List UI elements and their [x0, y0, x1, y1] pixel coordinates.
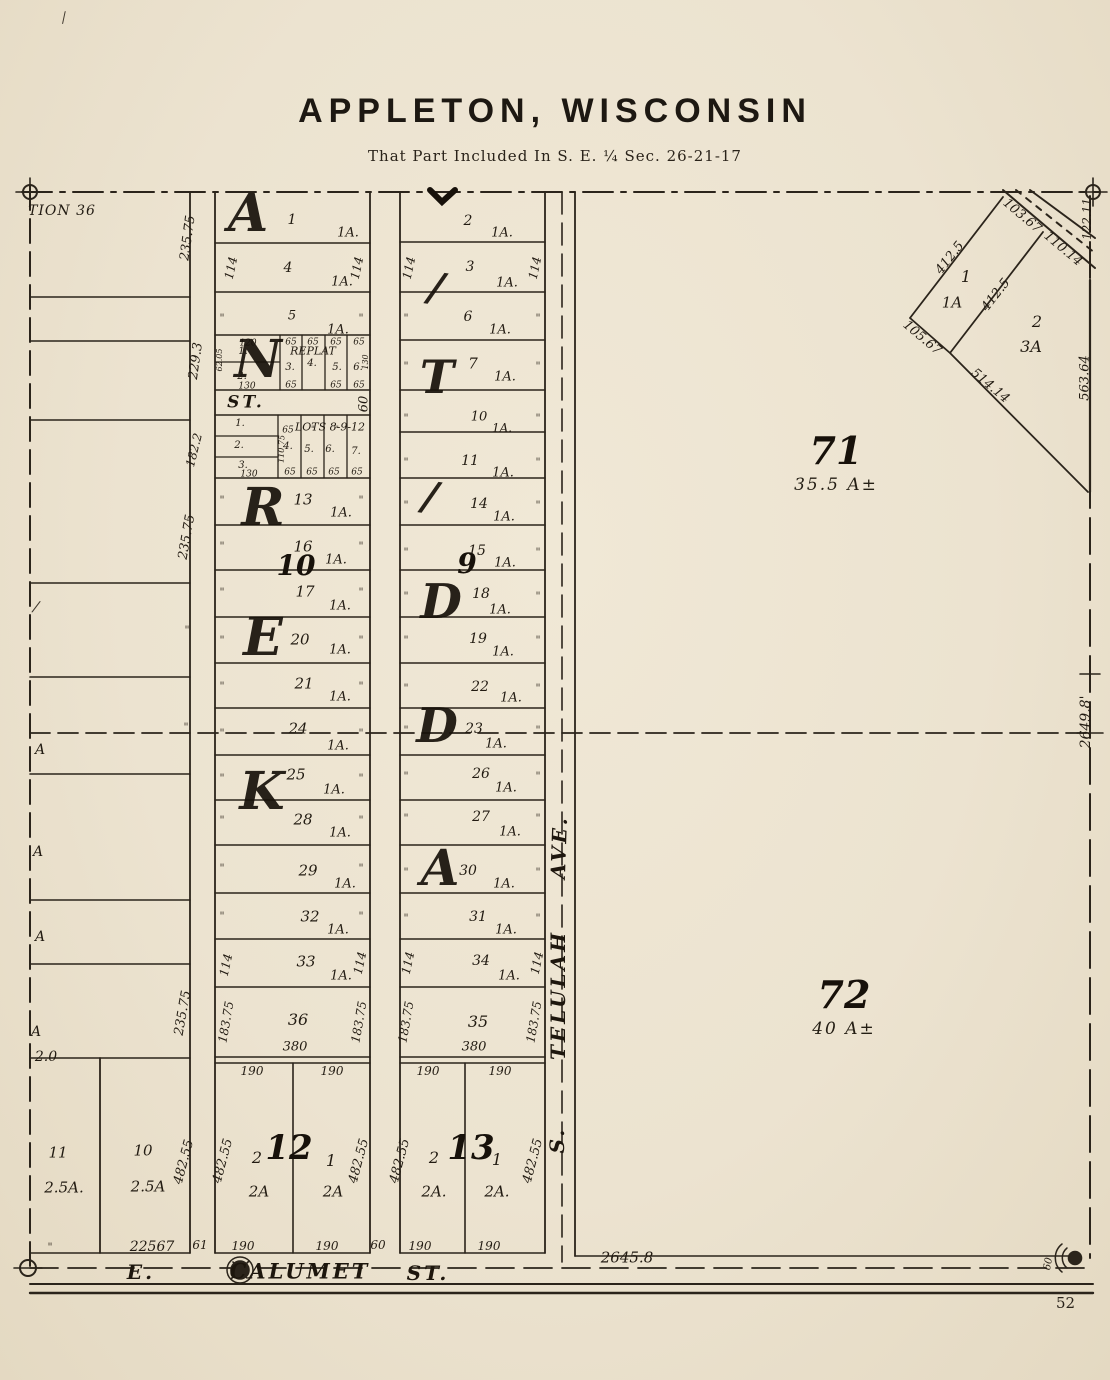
big-letter: N	[234, 334, 282, 386]
map-label: 1A.	[492, 467, 514, 480]
map-label: 1A.	[334, 878, 356, 891]
big-letter: A	[228, 188, 268, 240]
map-label: 60	[358, 396, 371, 413]
parcel-72-number: 72	[779, 972, 909, 1017]
map-label: 1A.	[489, 324, 511, 337]
map-label: 1	[288, 213, 297, 227]
ditto-mark: "	[535, 591, 540, 602]
map-label: 11	[48, 1146, 67, 1161]
map-label: 1A.	[494, 371, 516, 384]
ditto-mark: "	[535, 361, 540, 372]
map-label: 2A	[323, 1185, 343, 1200]
mark: "	[311, 427, 315, 436]
map-label: 10	[471, 411, 488, 424]
map-label: 5	[288, 310, 296, 323]
map-label: 1A.	[496, 277, 518, 290]
map-label: 28	[293, 813, 312, 828]
ditto-mark: "	[535, 867, 540, 878]
mark: "	[47, 1242, 52, 1253]
map-label: 1A.	[494, 557, 516, 570]
street-label: AVE.	[548, 815, 570, 879]
ditto-mark: "	[403, 361, 408, 372]
ditto-mark: "	[403, 413, 408, 424]
ditto-mark: "	[403, 867, 408, 878]
map-label: 21	[294, 677, 313, 692]
map-label: 65	[353, 339, 364, 348]
ditto-mark: "	[358, 681, 363, 692]
map-label: 1A.	[492, 646, 514, 659]
street-label: CALUMET	[230, 1261, 371, 1282]
map-label: 4	[284, 261, 293, 275]
ditto-mark: "	[358, 728, 363, 739]
map-label: 65	[353, 382, 364, 391]
map-label: 1A.	[500, 692, 522, 705]
map-label: 13	[293, 493, 312, 508]
map-label: 35	[468, 1014, 488, 1030]
ditto-mark: "	[535, 913, 540, 924]
block-number: 12	[265, 1131, 312, 1165]
section-label: TION 36	[28, 204, 96, 218]
ditto-mark: "	[535, 725, 540, 736]
big-letter: D	[420, 578, 462, 626]
map-label: 2	[252, 1150, 262, 1166]
ditto-mark: "	[403, 591, 408, 602]
map-label: 1A.	[489, 604, 511, 617]
parcel-71-area: 35.5 A±	[771, 475, 901, 495]
big-letter: E	[243, 612, 283, 664]
map-label: 32	[300, 910, 319, 925]
mark: "	[183, 722, 188, 733]
map-label: 1A.	[329, 691, 351, 704]
street-label: ST.	[227, 395, 265, 412]
ditto-mark: "	[358, 815, 363, 826]
map-label: 22567	[130, 1240, 175, 1254]
map-label: 1A.	[495, 782, 517, 795]
map-label: 5.	[304, 445, 314, 455]
map-label: 380	[283, 1041, 308, 1054]
map-label: 122.11	[1081, 198, 1093, 240]
map-label: 14	[470, 497, 488, 511]
map-label: 1A.	[327, 324, 349, 337]
ditto-mark: "	[403, 500, 408, 511]
ditto-mark: "	[219, 313, 224, 324]
ditto-mark: "	[535, 813, 540, 824]
map-label: 2.	[234, 441, 244, 451]
map-label: 1A.	[493, 511, 515, 524]
ditto-mark: "	[535, 771, 540, 782]
map-label: 1A.	[325, 554, 347, 567]
map-label: 29	[298, 864, 317, 879]
map-label: 1A.	[337, 227, 359, 240]
map-label: A	[33, 845, 43, 859]
map-label: 33	[296, 955, 315, 970]
map-label: 2	[1032, 314, 1042, 330]
street-label: S.	[547, 1127, 567, 1154]
big-letter: K	[239, 766, 284, 818]
ditto-mark: "	[219, 863, 224, 874]
ditto-mark: "	[358, 635, 363, 646]
map-label: 61	[192, 1239, 207, 1251]
ditto-mark: "	[358, 313, 363, 324]
map-label: 1A.	[499, 826, 521, 839]
map-label: 7.	[351, 447, 361, 457]
map-label: 65	[285, 339, 296, 348]
map-label: 6	[464, 310, 473, 324]
map-label: 1A	[942, 296, 962, 311]
map-label: 3.	[285, 363, 295, 373]
map-label: 1A.	[329, 644, 351, 657]
map-label: 1A.	[327, 924, 349, 937]
map-label: 3	[466, 260, 475, 274]
map-label: 6.	[325, 445, 335, 455]
map-label: 190	[409, 1240, 432, 1252]
big-letter: D	[416, 702, 458, 750]
map-label: 65	[307, 339, 318, 348]
ditto-mark: "	[403, 771, 408, 782]
block-number: 13	[447, 1131, 494, 1165]
parcel-72: 72 40 A±	[779, 972, 909, 1039]
map-label: 190	[241, 1065, 264, 1077]
ditto-mark: "	[219, 681, 224, 692]
map-label: LOTS 8-9-12	[295, 422, 365, 433]
map-label: 30	[459, 864, 477, 878]
ditto-mark: "	[219, 815, 224, 826]
plat-map-page: APPLETON, WISCONSIN That Part Included I…	[0, 0, 1110, 1380]
ditto-mark: "	[219, 495, 224, 506]
map-label: 1	[961, 269, 971, 285]
map-label: 190	[232, 1240, 255, 1252]
map-label: 1A.	[330, 970, 352, 983]
ditto-mark: "	[403, 547, 408, 558]
ditto-mark: "	[219, 587, 224, 598]
map-label: 2645.8	[601, 1251, 654, 1266]
map-label: 60	[370, 1239, 385, 1251]
map-label: 190	[489, 1065, 512, 1077]
map-label: A	[31, 1025, 41, 1039]
ditto-mark: "	[358, 911, 363, 922]
map-label: 19	[469, 632, 487, 646]
map-label: 17	[295, 585, 314, 600]
ditto-mark: "	[403, 813, 408, 824]
map-label: 65	[284, 469, 295, 478]
map-label: 10	[133, 1144, 152, 1159]
map-label: 26	[472, 767, 490, 781]
big-letter: T	[420, 354, 454, 400]
ditto-mark: "	[535, 635, 540, 646]
ditto-mark: "	[358, 587, 363, 598]
map-label: 65	[351, 469, 362, 478]
map-label: 380	[462, 1041, 487, 1054]
map-label: 563.64	[1079, 355, 1092, 401]
map-label: 2	[429, 1150, 439, 1166]
map-label: 11	[461, 454, 479, 468]
map-label: 1A.	[485, 738, 507, 751]
map-label: 1.	[235, 419, 245, 429]
map-label: 110.75	[278, 435, 287, 463]
parcel-71-number: 71	[771, 428, 901, 473]
map-label: 31	[469, 910, 487, 924]
ditto-mark: "	[403, 725, 408, 736]
map-label: 190	[478, 1240, 501, 1252]
map-label: 22	[471, 680, 489, 694]
map-label: 1A.	[495, 924, 517, 937]
map-label: 2649.8'	[1079, 696, 1093, 749]
map-label: 1A.	[327, 740, 349, 753]
map-label: 1A.	[329, 600, 351, 613]
map-label: 34	[472, 954, 490, 968]
parcel-71: 71 35.5 A±	[771, 428, 901, 495]
map-label: 1A.	[323, 784, 345, 797]
map-label: A	[35, 930, 45, 944]
ditto-mark: "	[403, 683, 408, 694]
street-label: TELULAH	[548, 930, 568, 1060]
map-label: 5.	[332, 363, 342, 373]
map-label: 65	[330, 382, 341, 391]
map-label: 190	[417, 1065, 440, 1077]
ditto-mark: "	[403, 457, 408, 468]
map-label: 1A.	[329, 827, 351, 840]
map-label: 1A.	[491, 227, 513, 240]
map-label: 190	[316, 1240, 339, 1252]
map-label: 24	[288, 722, 307, 737]
map-label: 190	[321, 1065, 344, 1077]
map-label: 62.05	[216, 349, 224, 372]
street-label: ST.	[407, 1263, 450, 1283]
ditto-mark: "	[358, 541, 363, 552]
map-label: 3A	[1020, 339, 1042, 355]
ditto-mark: "	[535, 547, 540, 558]
map-label: 7	[468, 357, 478, 372]
ditto-mark: "	[403, 913, 408, 924]
map-label: 2.5A.	[44, 1181, 83, 1196]
map-label: 18	[472, 587, 490, 601]
ditto-mark: "	[535, 457, 540, 468]
big-letter: R	[241, 482, 284, 534]
ditto-mark: "	[219, 635, 224, 646]
map-label: 2A	[249, 1185, 269, 1200]
mark: "	[184, 625, 189, 636]
map-label: 1	[326, 1153, 336, 1169]
street-label: E.	[127, 1262, 155, 1282]
map-label: 65	[328, 469, 339, 478]
map-label: 2.0	[35, 1050, 57, 1064]
map-label: 65	[285, 382, 296, 391]
map-label: 65	[306, 469, 317, 478]
page-number: 52	[1056, 1294, 1075, 1312]
parcel-72-area: 40 A±	[779, 1019, 909, 1039]
map-label: 1A.	[330, 507, 352, 520]
big-letter: A	[421, 843, 460, 893]
plat-linework	[0, 0, 1110, 1380]
mark: "	[335, 427, 339, 436]
ditto-mark: "	[358, 773, 363, 784]
map-label: 1A.	[492, 422, 512, 434]
map-label: 4.	[307, 359, 317, 369]
map-label: 2.5A	[131, 1180, 166, 1195]
ditto-mark: "	[219, 773, 224, 784]
ditto-mark: "	[403, 635, 408, 646]
map-label: 65	[330, 339, 341, 348]
map-label: 23	[465, 722, 483, 736]
map-label: 36	[288, 1012, 308, 1028]
ditto-mark: "	[535, 413, 540, 424]
map-label: 2A.	[421, 1185, 446, 1200]
map-label: 1A.	[493, 878, 515, 891]
map-label: 20	[290, 633, 309, 648]
ditto-mark: "	[219, 911, 224, 922]
map-label: 1A.	[498, 970, 520, 983]
ditto-mark: "	[219, 728, 224, 739]
block-number: 10	[277, 552, 316, 580]
ditto-mark: "	[219, 541, 224, 552]
ditto-mark: "	[535, 500, 540, 511]
map-label: 25	[286, 768, 305, 783]
ditto-mark: "	[403, 313, 408, 324]
map-label: 2A.	[484, 1185, 509, 1200]
ditto-mark: "	[535, 313, 540, 324]
map-label: 130	[362, 354, 370, 369]
map-label: 2	[464, 214, 473, 228]
map-label: 27	[472, 810, 490, 824]
ditto-mark: "	[535, 683, 540, 694]
map-label: A	[35, 743, 45, 757]
ditto-mark: "	[358, 863, 363, 874]
ditto-mark: "	[358, 495, 363, 506]
